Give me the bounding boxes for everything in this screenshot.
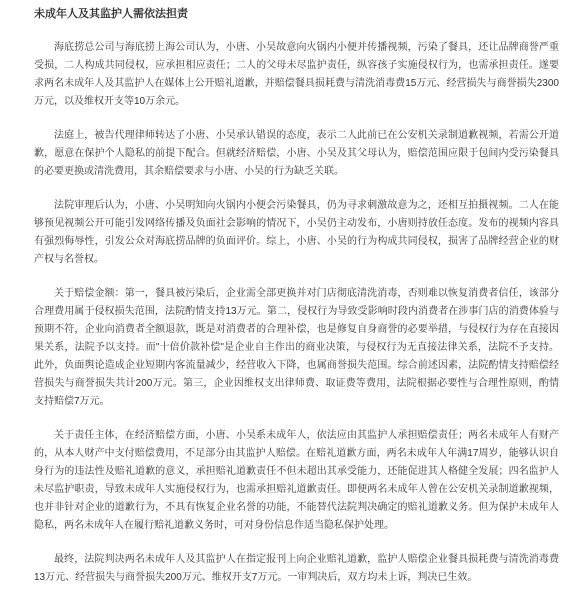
paragraph-final-judgment: 最终，法院判决两名未成年人及其监护人在指定报刊上向企业赔礼道歉，监护人赔偿企业餐…	[34, 551, 559, 587]
document-title: 未成年人及其监护人需依法担责	[34, 5, 559, 23]
paragraph-liability-subjects: 关于责任主体，在经济赔偿方面，小唐、小吴系未成年人，依法应由其监护人承担赔偿责任…	[34, 427, 559, 535]
paragraph-court-findings: 法院审理后认为，小唐、小吴明知向火锅内小便会污染餐具，仍为寻求刺激故意为之，还相…	[34, 197, 559, 269]
paragraph-defense: 法庭上，被告代理律师转达了小唐、小吴承认错误的态度，表示二人此前已在公安机关录制…	[34, 127, 559, 181]
paragraph-compensation-amount: 关于赔偿金额：第一，餐具被污染后，企业需全部更换并对门店彻底清洗消毒，否则难以恢…	[34, 285, 559, 411]
document-page: 未成年人及其监护人需依法担责 海底捞总公司与海底捞上海公司认为，小唐、小吴故意向…	[0, 0, 587, 590]
paragraph-claims: 海底捞总公司与海底捞上海公司认为，小唐、小吴故意向火锅内小便并传播视频，污染了餐…	[34, 39, 559, 111]
